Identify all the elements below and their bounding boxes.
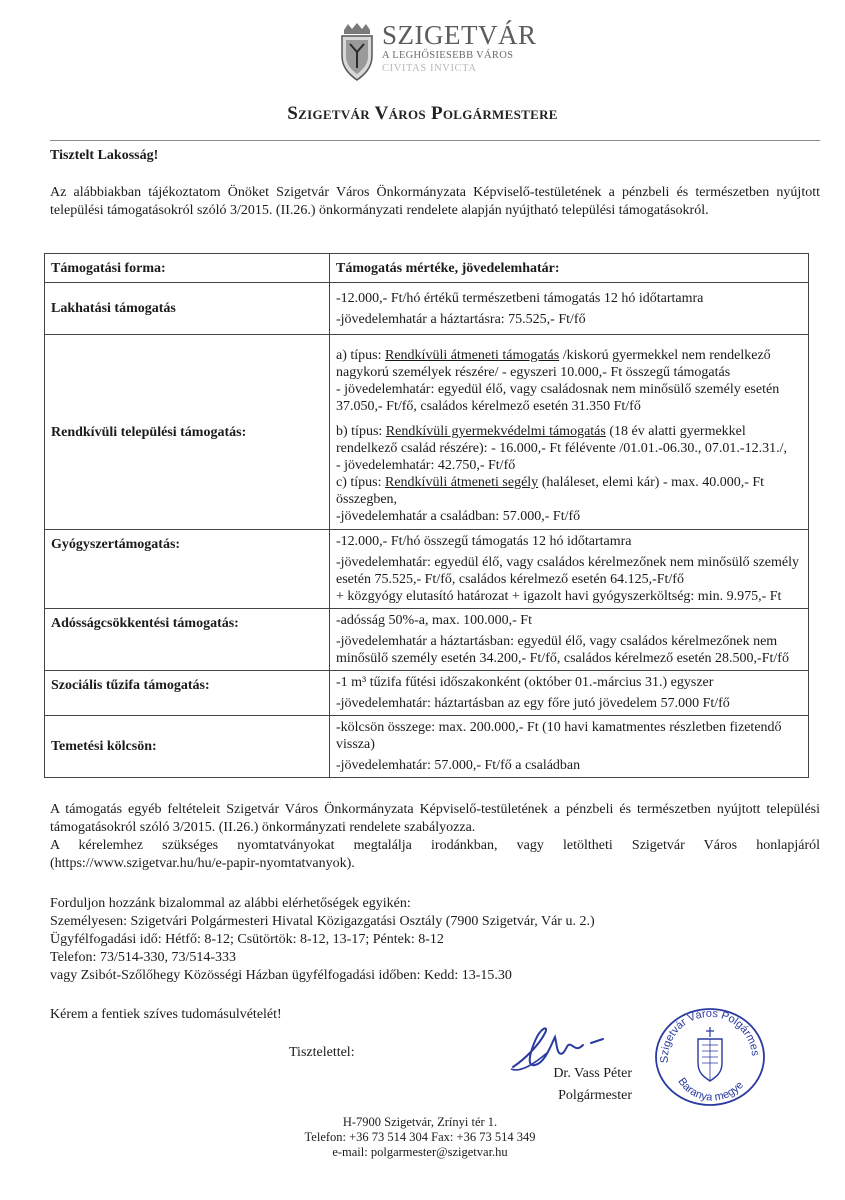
support-form-housing: Lakhatási támogatás <box>45 283 330 335</box>
type-c: c) típus: Rendkívüli átmeneti segély (ha… <box>336 474 802 508</box>
support-details: -adósság 50%-a, max. 100.000,- Ft -jöved… <box>330 609 809 671</box>
support-form-debt-reduction: Adósságcsökkentési támogatás: <box>45 609 330 671</box>
support-form-extraordinary: Rendkívüli települési támogatás: <box>45 335 330 530</box>
signer-name: Dr. Vass Péter <box>536 1063 632 1085</box>
support-details: -12.000,- Ft/hó értékű természetbeni tám… <box>330 283 809 335</box>
header-support-amount: Támogatás mértéke, jövedelemhatár: <box>330 254 809 283</box>
type-a-prefix: a) típus: <box>336 348 385 363</box>
detail-line: -jövedelemhatár: háztartásban az egy főr… <box>336 695 802 712</box>
contact-intro: Forduljon hozzánk bizalommal az alábbi e… <box>50 895 820 913</box>
regulation-note: A támogatás egyéb feltételeit Szigetvár … <box>50 801 820 837</box>
table-header-row: Támogatási forma: Támogatás mértéke, jöv… <box>45 254 809 283</box>
table-row: Szociális tűzifa támogatás: -1 m³ tűzifa… <box>45 671 809 716</box>
svg-text:Szigetvár Város Polgármestere: Szigetvár Város Polgármestere <box>648 1003 761 1063</box>
detail-line: -1 m³ tűzifa fűtési időszakonként (októb… <box>336 674 802 691</box>
detail-line: -adósság 50%-a, max. 100.000,- Ft <box>336 612 802 629</box>
footer-address: H-7900 Szigetvár, Zrínyi tér 1. <box>285 1115 555 1130</box>
type-a-limit: - jövedelemhatár: egyedül élő, vagy csal… <box>336 381 802 415</box>
contact-in-person: Személyesen: Szigetvári Polgármesteri Hi… <box>50 913 820 931</box>
table-row: Adósságcsökkentési támogatás: -adósság 5… <box>45 609 809 671</box>
title-divider <box>50 140 820 141</box>
support-details: -1 m³ tűzifa fűtési időszakonként (októb… <box>330 671 809 716</box>
header-support-form: Támogatási forma: <box>45 254 330 283</box>
closing-info: A támogatás egyéb feltételeit Szigetvár … <box>50 801 820 873</box>
support-form-medication: Gyógyszertámogatás: <box>45 530 330 609</box>
footer-email: e-mail: polgarmester@szigetvar.hu <box>285 1145 555 1160</box>
footer-phone: Telefon: +36 73 514 304 Fax: +36 73 514 … <box>285 1130 555 1145</box>
type-c-limit: -jövedelemhatár a családban: 57.000,- Ft… <box>336 508 802 525</box>
type-c-prefix: c) típus: <box>336 475 385 490</box>
contact-alternative: vagy Zsibót-Szőlőhegy Közösségi Házban ü… <box>50 967 820 985</box>
support-form-funeral-loan: Temetési kölcsön: <box>45 716 330 778</box>
letterhead-motto: CIVITAS INVICTA <box>382 64 537 75</box>
contact-phone: Telefon: 73/514-330, 73/514-333 <box>50 949 820 967</box>
type-b-limit: - jövedelemhatár: 42.750,- Ft/fő <box>336 457 802 474</box>
contact-office-hours: Ügyfélfogadási idő: Hétfő: 8-12; Csütört… <box>50 931 820 949</box>
support-form-firewood: Szociális tűzifa támogatás: <box>45 671 330 716</box>
type-b: b) típus: Rendkívüli gyermekvédelmi támo… <box>336 423 802 457</box>
detail-line: -12.000,- Ft/hó értékű természetbeni tám… <box>336 290 802 307</box>
table-row: Temetési kölcsön: -kölcsön összege: max.… <box>45 716 809 778</box>
greeting: Tisztelt Lakosság! <box>50 148 158 164</box>
type-b-name: Rendkívüli gyermekvédelmi támogatás <box>386 424 606 439</box>
support-details: -12.000,- Ft/hó összegű támogatás 12 hó … <box>330 530 809 609</box>
type-b-prefix: b) típus: <box>336 424 386 439</box>
detail-line: -jövedelemhatár a háztartásra: 75.525,- … <box>336 311 802 328</box>
type-a-name: Rendkívüli átmeneti támogatás <box>385 348 559 363</box>
regards: Tisztelettel: <box>289 1045 355 1061</box>
forms-note: A kérelemhez szükséges nyomtatványokat m… <box>50 837 820 873</box>
detail-line: -jövedelemhatár: egyedül élő, vagy csalá… <box>336 554 802 588</box>
official-stamp-icon: Szigetvár Város Polgármestere Baranya me… <box>648 1003 768 1107</box>
type-c-name: Rendkívüli átmeneti segély <box>385 475 538 490</box>
footer: H-7900 Szigetvár, Zrínyi tér 1. Telefon:… <box>285 1115 555 1160</box>
detail-line: + közgyógy elutasító határozat + igazolt… <box>336 588 802 605</box>
contact-block: Forduljon hozzánk bizalommal az alábbi e… <box>50 895 820 985</box>
signer-block: Dr. Vass Péter Polgármester <box>536 1063 632 1107</box>
stamp-top-text: Szigetvár Város Polgármestere <box>648 1003 761 1063</box>
letterhead-logo: SZIGETVÁR A LEGHŐSIESEBB VÁROS CIVITAS I… <box>338 22 537 82</box>
support-details: -kölcsön összege: max. 200.000,- Ft (10 … <box>330 716 809 778</box>
support-table: Támogatási forma: Támogatás mértéke, jöv… <box>44 253 809 778</box>
table-row: Gyógyszertámogatás: -12.000,- Ft/hó össz… <box>45 530 809 609</box>
letterhead-slogan: A LEGHŐSIESEBB VÁROS <box>382 51 537 62</box>
coat-of-arms-icon <box>338 22 376 82</box>
support-details: a) típus: Rendkívüli átmeneti támogatás … <box>330 335 809 530</box>
detail-line: -jövedelemhatár: 57.000,- Ft/fő a család… <box>336 757 802 774</box>
detail-line: -kölcsön összege: max. 200.000,- Ft (10 … <box>336 719 802 753</box>
table-row: Rendkívüli települési támogatás: a) típu… <box>45 335 809 530</box>
detail-line: -jövedelemhatár a háztartásban: egyedül … <box>336 633 802 667</box>
type-a: a) típus: Rendkívüli átmeneti támogatás … <box>336 347 802 381</box>
detail-line: -12.000,- Ft/hó összegű támogatás 12 hó … <box>336 533 802 550</box>
table-row: Lakhatási támogatás -12.000,- Ft/hó érté… <box>45 283 809 335</box>
document-title: Szigetvár Város Polgármestere <box>0 103 845 125</box>
intro-paragraph: Az alábbiakban tájékoztatom Önöket Szige… <box>50 184 820 220</box>
signer-position: Polgármester <box>536 1085 632 1107</box>
letterhead-city: SZIGETVÁR <box>382 22 537 49</box>
